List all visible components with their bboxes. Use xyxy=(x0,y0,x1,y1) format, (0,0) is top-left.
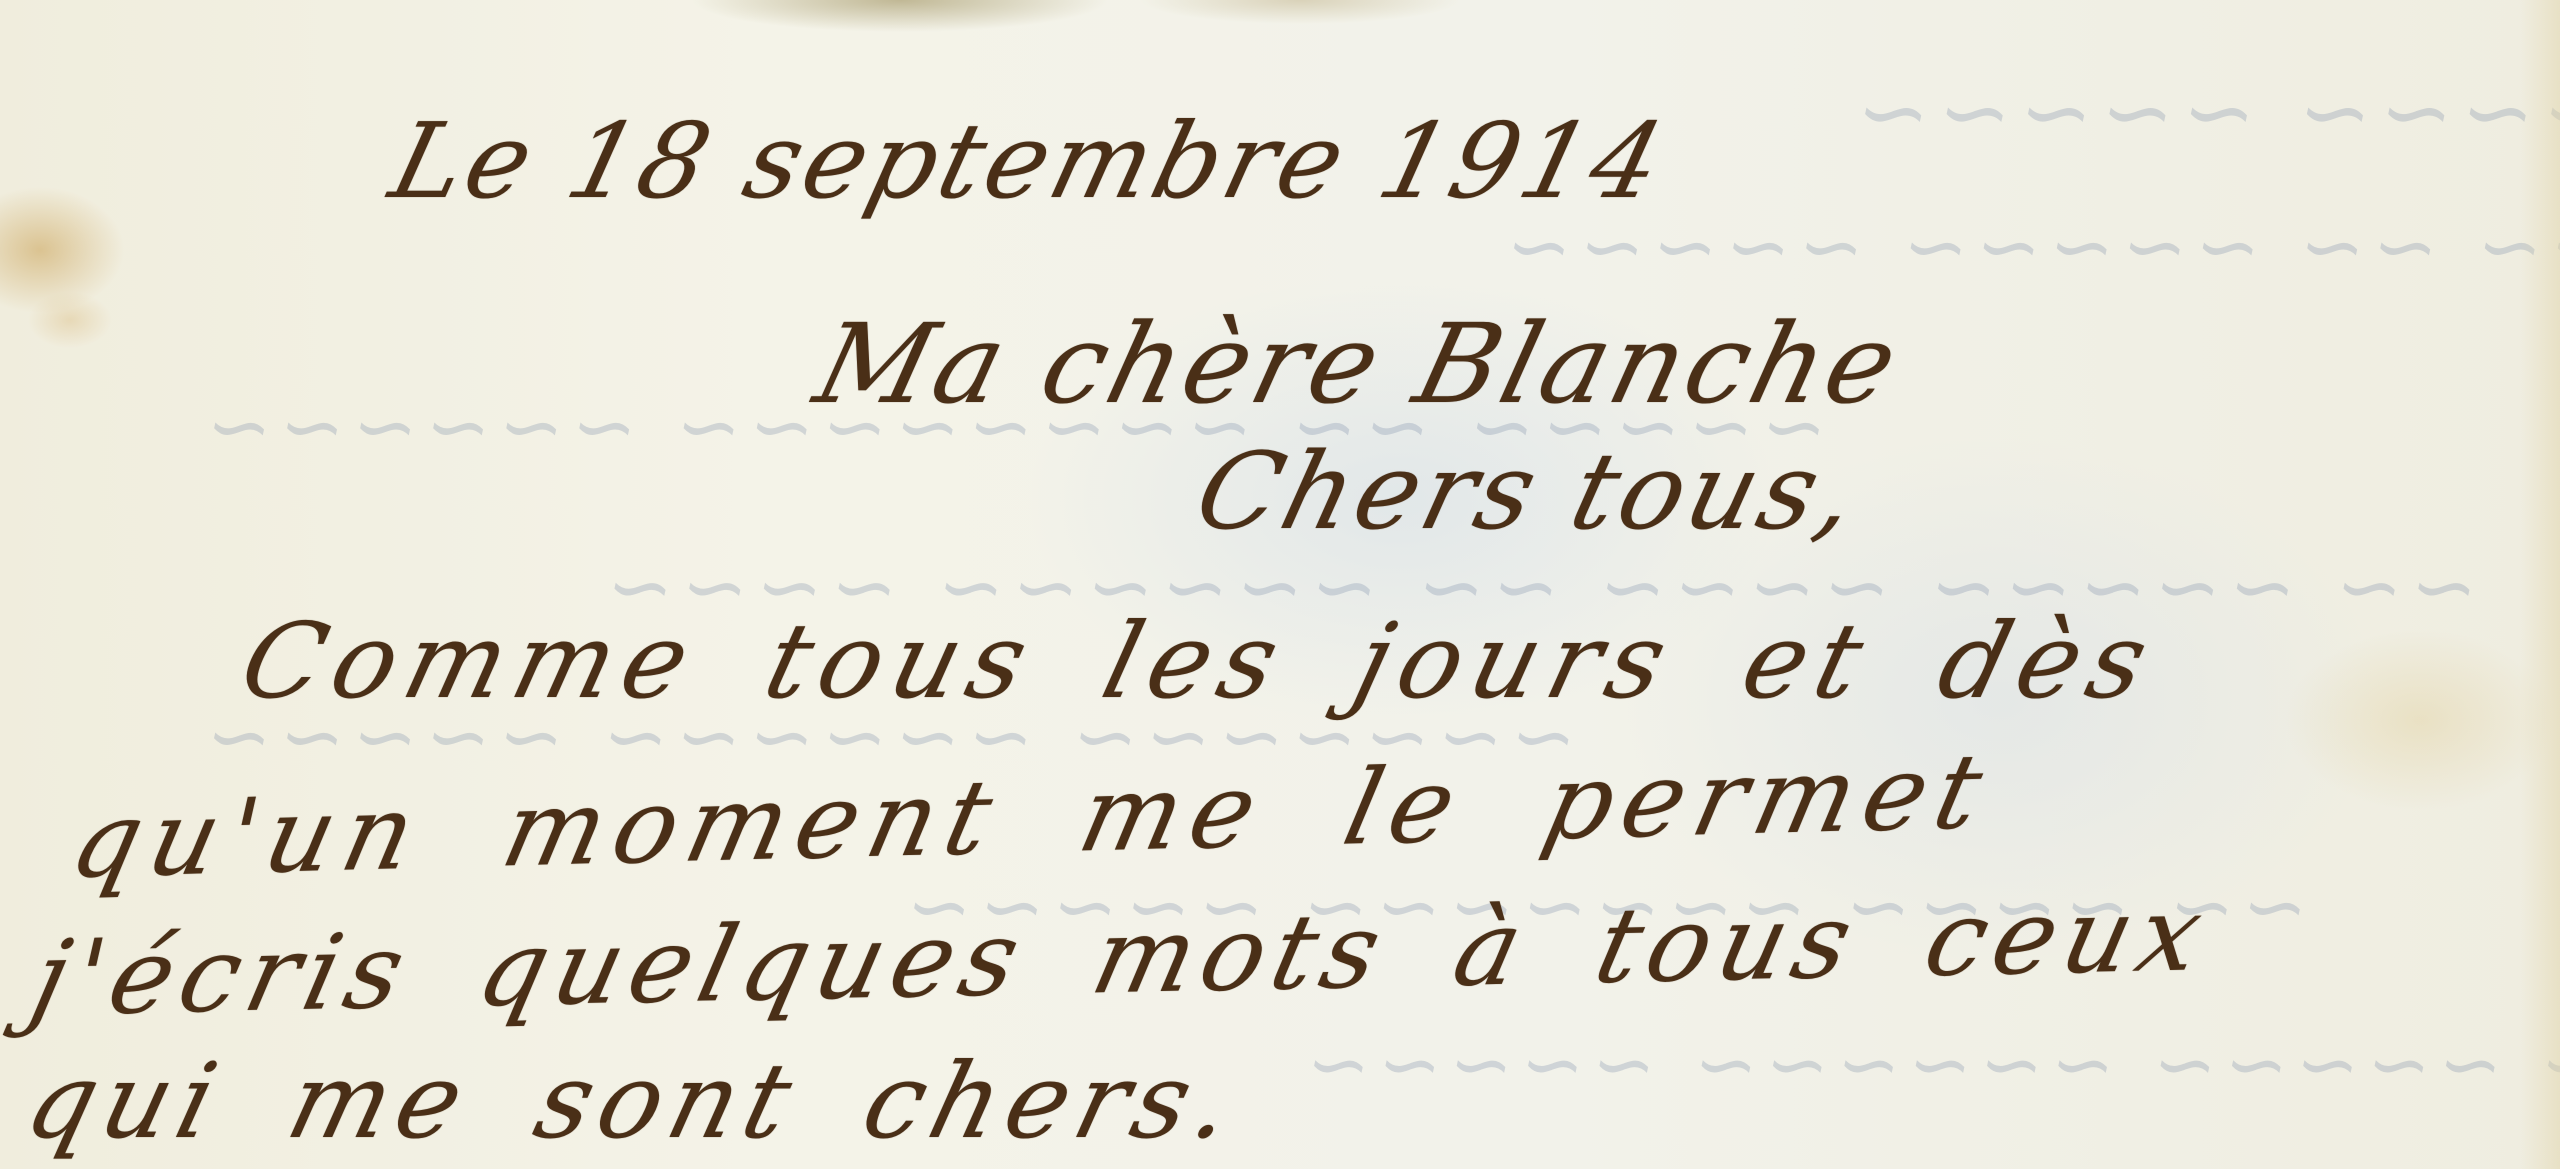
salutation-line-2: Chers tous, xyxy=(1185,430,1873,553)
body-line-2: qu'un moment me le permet xyxy=(61,730,2003,902)
date-line: Le 18 septembre 1914 xyxy=(380,100,1678,222)
body-line-3: j'écris quelques mots à tous ceux xyxy=(21,872,2221,1039)
body-line-4: qui me sont chers. xyxy=(15,1040,1253,1162)
salutation-line-1: Ma chère Blanche xyxy=(804,300,1913,428)
body-line-1: Comme tous les jours et dès xyxy=(230,600,2169,722)
letter-page: ~~~~~ ~~~~~ ~~~~~~ ~~~ ~~ ~~~~~ ~~~~~ ~~… xyxy=(0,0,2560,1169)
bleed-through-text: ~~~~ ~~~~~ ~~~~~~ ~~~~~ xyxy=(1290,1020,2560,1110)
bleed-through-text: ~~~~~~ ~~~ ~~ ~~~~~ ~~~~~ xyxy=(1490,200,2560,293)
bleed-through-text: ~~~~~ ~~~~~ xyxy=(1839,60,2560,165)
